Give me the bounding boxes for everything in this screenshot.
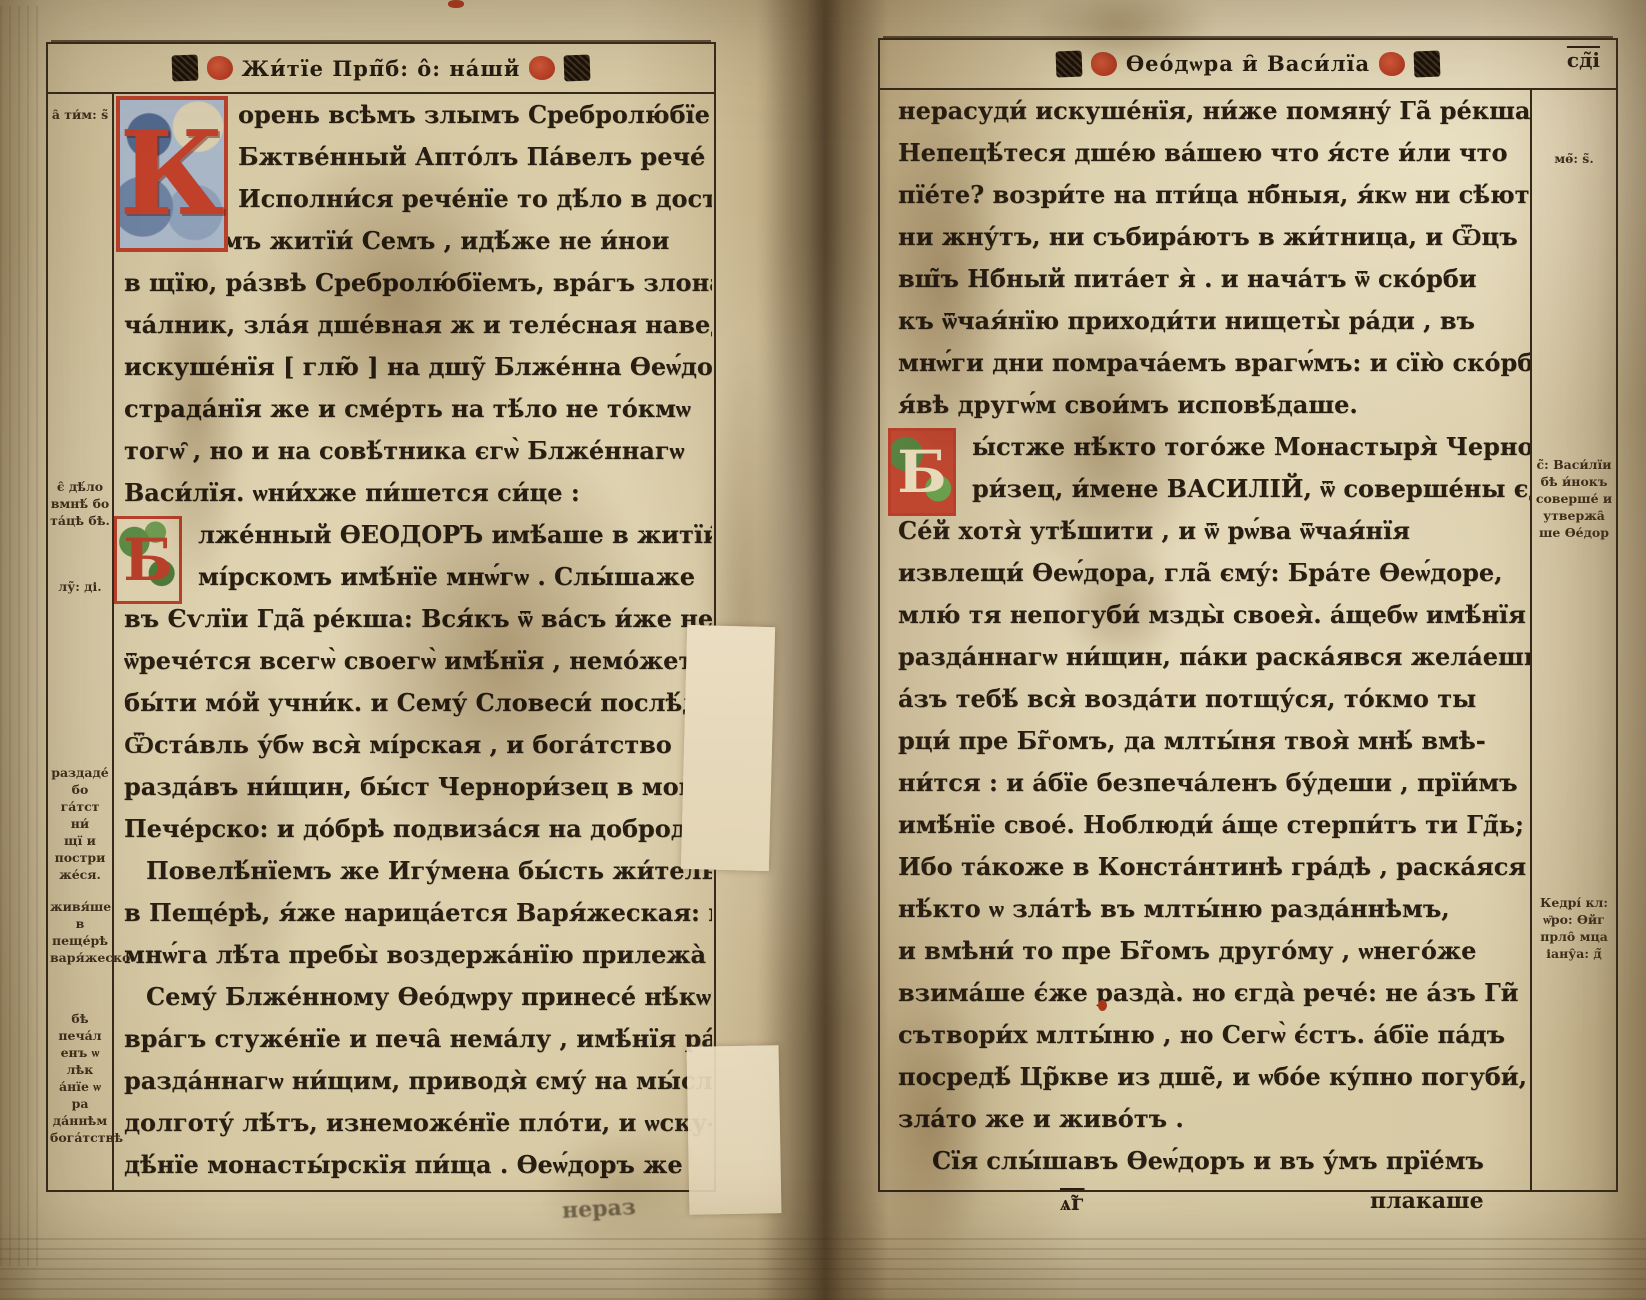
text-line: в Пеще́рѣ, я́же нарица́ется Варя́жеская:… (114, 892, 712, 934)
text-line: тогѡ̑ , но и на совѣ́тника єгѡ̀ Блже́нна… (114, 430, 712, 472)
text-line: пїе́те? возри́те на пти́ца нб̃ныя, я́кѡ … (888, 174, 1530, 216)
text-line: въ Єѵлїи Гда̃ ре́кша: Вся́къ ѿ ва́съ и́ж… (114, 598, 712, 640)
text-line: извлещи́ Ѳеѡ́дора, гла̃ єму́: Бра́те Ѳеѡ… (888, 552, 1530, 594)
margin-note: живя́ше в пеще́рѣ варя́жеско. (48, 898, 112, 966)
ornament-block-icon (1055, 51, 1082, 78)
text-line: Ибо та́коже в Конста́нтинѣ гра́дѣ , раск… (888, 846, 1530, 888)
ornament-block-icon (1414, 51, 1441, 78)
left-running-header: Жи́тїе Прп̃б: о̂: на́шй (48, 44, 714, 94)
paper-patch (687, 1045, 782, 1215)
ink-speck (448, 0, 464, 8)
running-title: Ѳео́дѡра и̑ Васи́лїа (1126, 51, 1370, 77)
text-line: Се́й хотя̀ утѣ́шити , и ѿ рѡ́ва ѿчая́нїя (888, 510, 1530, 552)
right-margin-column: мѳ̃: ѕ̃. с̃: Васи́лїи бѣ и́нокъ соверше́… (1530, 88, 1616, 1190)
text-line: орень всѣмъ злымъ Сребролю́бїе є́сть (228, 94, 712, 136)
text-line: страда́нїя же и сме́рть на тѣ́ло не то́к… (114, 388, 712, 430)
page-number: сд̃і (1567, 48, 1600, 72)
margin-note: мѳ̃: ѕ̃. (1532, 150, 1616, 167)
paragraph-initial: Б (888, 428, 956, 516)
quire-signature: ѧ̃г (1060, 1190, 1084, 1216)
text-line: зла́то же и живо́тъ . (888, 1098, 1530, 1140)
text-line: искуше́нїя [ глю̃ ] на дшу̃ Блже́нна Ѳеѡ… (114, 346, 712, 388)
text-line: мнѡ́га лѣ́та пребы̀ воздержа́нїю прилежа… (114, 934, 712, 976)
margin-note: а̑ ти́м: ѕ̃ (48, 106, 112, 123)
ornament-block-icon (564, 55, 591, 82)
text-line: Исполни́ся рече́нїе то дѣ́ло в досто- (228, 178, 712, 220)
text-line: долготу́ лѣ́тъ, изнеможе́нїе пло́ти, и ѡ… (114, 1102, 712, 1144)
text-line: а́зъ тебѣ́ вся̀ возда́ти потщу́ся, то́км… (888, 678, 1530, 720)
text-line: я́вѣ другѡ́м свои́мъ исповѣ́даше. (888, 384, 1530, 426)
text-line: мі́рскомъ имѣ́нїе мнѡ́гѡ . Слы́шаже (188, 556, 712, 598)
left-text-column: К Б орень всѣмъ злымъ Сребролю́бїе є́сть… (114, 94, 712, 1188)
text-line: Сему́ Блже́нному Ѳео́дѡру принесе́ нѣ́кѡ… (114, 976, 712, 1018)
text-line: разда́ннагѡ ни́щин, па́ки раска́явся жел… (888, 636, 1530, 678)
text-line: Бжтве́нный Апто́лъ Па́велъ рече́ . (228, 136, 712, 178)
text-line: имѣ́нїе свое́. Ноблюди́ а́ще стерпи́тъ т… (888, 804, 1530, 846)
text-line: Непецѣ́теся дше́ю ва́шею что я́сте и́ли … (888, 132, 1530, 174)
ornament-block-icon (171, 55, 198, 82)
right-text-column: Б нерасуди́ искуше́нїя, ни́же помяну́ Га… (888, 90, 1530, 1186)
text-line: дѣ́нїе монасты́рскїя пи́ща . Ѳеѡ́доръ же (114, 1144, 712, 1186)
paper-patch (681, 625, 775, 871)
running-title: Жи́тїе Прп̃б: о̂: на́шй (242, 56, 521, 81)
margin-note: бѣ печа́л енъ ѡ лѣк а́нїе ѡ ра да́ннѣм б… (48, 1010, 112, 1146)
right-running-header: Ѳео́дѡра и̑ Васи́лїа сд̃і (880, 40, 1616, 90)
text-line: ри́зец, и́мене ВАСИЛІЙ, ѿ соверше́ны єди… (962, 468, 1530, 510)
text-line: Повелѣ́нїемъ же Игу́мена бы́сть жи́тель (114, 850, 712, 892)
margin-note: раздаде́ бо га́тст ни́ щї и постри же́ся… (48, 764, 112, 883)
text-line: в щїю, ра́звѣ Сребролю́бїемъ, вра́гъ зло… (114, 262, 712, 304)
catchword: нераз (561, 1194, 636, 1224)
text-line: Ѿста́вль у́бѡ вся̀ мі́рская , и бога́тст… (114, 724, 712, 766)
book-scan: Жи́тїе Прп̃б: о̂: на́шй а̑ ти́м: ѕ̃ є̑ д… (0, 0, 1646, 1300)
text-line: мнѡ́ги дни помрача́емъ врагѡ́мъ: и сїю̀ … (888, 342, 1530, 384)
ornament-blob-icon (1091, 52, 1117, 76)
text-line: ча́лник, зла́я дше́вная ж и теле́сная на… (114, 304, 712, 346)
text-line: вра́гъ стуже́нїе и печа̑ нема́лу , имѣ́н… (114, 1018, 712, 1060)
margin-note: Кедрі́ кл: ѡ̈ро: Ѳйг прло̑ мца іану̑а: д… (1532, 894, 1616, 962)
paragraph-initial: Б (114, 516, 182, 604)
text-line: разда́ннагѡ ни́щим, приводя̀ єму́ на мы́… (114, 1060, 712, 1102)
text-line: лже́нный ѲЕОДОРЪ имѣ́аше в житїи́ (188, 514, 712, 556)
text-line: рци́ пре Бг̃омъ, да млты́ня твоя̀ мнѣ́ в… (888, 720, 1530, 762)
ornament-blob-icon (1379, 52, 1405, 76)
text-line: къ ѿчая́нїю приходи́ти нищеты̀ ра́ди , в… (888, 300, 1530, 342)
text-line: разда́въ ни́щин, бы́ст Чернори́зец в мон… (114, 766, 712, 808)
margin-note: с̃: Васи́лїи бѣ и́нокъ соверше́ и утверж… (1532, 456, 1616, 541)
text-line: посредѣ́ Цр̃кве из дше̃, и ѡбо́е ку́пно … (888, 1056, 1530, 1098)
text-line: вш̃ъ Нб̃ный пита́ет я̀ . и нача́тъ ѿ ско… (888, 258, 1530, 300)
text-line: ни́тся : и а́бїе безпеча́ленъ бу́деши , … (888, 762, 1530, 804)
margin-note: є̑ дѣ́ло вмнѣ́ бо та́цѣ бѣ. (48, 478, 112, 529)
text-line: и вмѣни́ то пре Бг̃омъ друго́му , ѡнего́… (888, 930, 1530, 972)
drop-cap-initial: К (116, 96, 228, 252)
ornament-blob-icon (207, 56, 233, 80)
text-line: ы́стже нѣ́кто того́же Монастыря̀ Черно- (962, 426, 1530, 468)
text-line: млю́ тя непогуби́ мзды̀ своея̀. а́щебѡ и… (888, 594, 1530, 636)
text-line: нѣ́кто ѡ зла́тѣ въ млты́ню разда́ннѣмъ, (888, 888, 1530, 930)
text-line: ни жну́тъ, ни събира́ютъ в жи́тница, и Ѿ… (888, 216, 1530, 258)
right-page: Ѳео́дѡра и̑ Васи́лїа сд̃і мѳ̃: ѕ̃. с̃: В… (878, 38, 1618, 1192)
catchword: плакаше (1370, 1188, 1484, 1214)
text-line: нерасуди́ искуше́нїя, ни́же помяну́ Га̃ … (888, 90, 1530, 132)
page-edge-left (0, 6, 42, 1266)
margin-note: лу̃: ді. (48, 578, 112, 595)
text-line: Сїя слы́шавъ Ѳеѡ́доръ и въ у́мъ прїе́мъ (888, 1140, 1530, 1182)
text-line: Пече́рско: и до́брѣ подвиза́ся на доброд… (114, 808, 712, 850)
page-edge-bottom (0, 1236, 1646, 1300)
text-line: ѿрече́тся всегѡ̀ своегѡ̀ имѣ́нїя , немо́… (114, 640, 712, 682)
text-line: взима́ше є́же разда̀. но єгда̀ рече́: не… (888, 972, 1530, 1014)
left-page: Жи́тїе Прп̃б: о̂: на́шй а̑ ти́м: ѕ̃ є̑ д… (46, 42, 716, 1192)
ornament-blob-icon (529, 56, 555, 80)
text-line: сътвори́х млты́ню , но Сегѡ̀ є́стъ. а́бї… (888, 1014, 1530, 1056)
text-line: бы́ти мо́й учни́к. и Сему́ Словеси́ посл… (114, 682, 712, 724)
left-margin-column: а̑ ти́м: ѕ̃ є̑ дѣ́ло вмнѣ́ бо та́цѣ бѣ. … (48, 92, 114, 1190)
text-line: Васи́лїя. ѡни́хже пи́шется си́це : (114, 472, 712, 514)
